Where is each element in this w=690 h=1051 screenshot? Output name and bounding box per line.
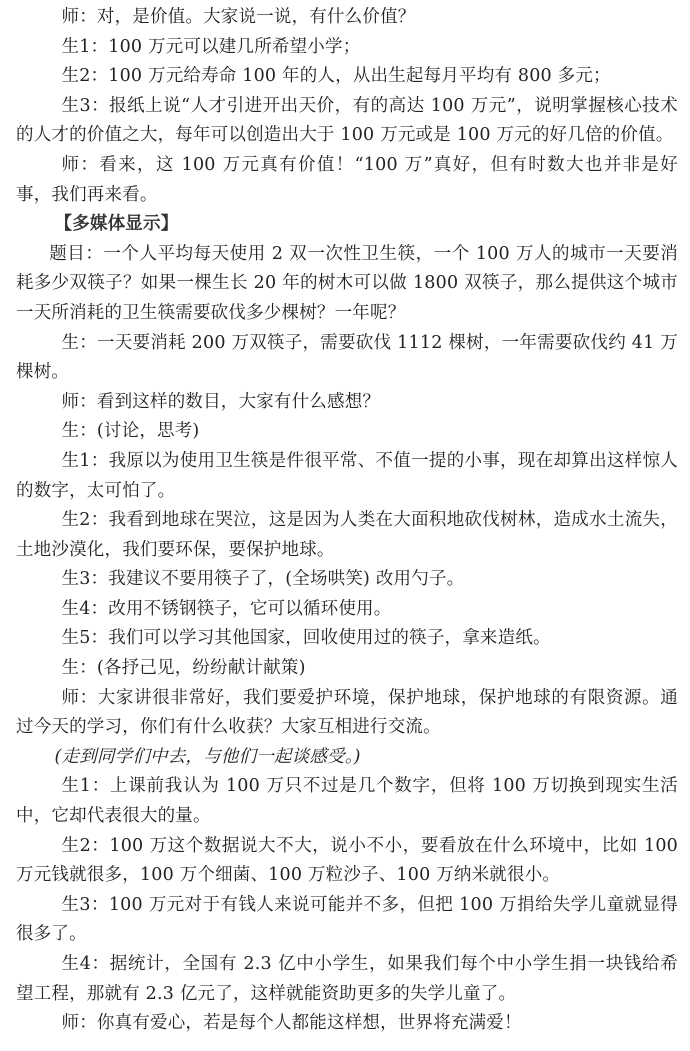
paragraph-teacher-big-numbers: 师：看来，这 100 万元真有价值！“100 万”真好，但有时数大也并非是好事，…	[16, 151, 678, 210]
paragraph-student-answer: 生：一天要消耗 200 万双筷子，需要砍伐 1112 棵树，一年需要砍伐约 41…	[16, 329, 678, 388]
paragraph-student3-reflection: 生3：100 万元对于有钱人来说可能并不多，但把 100 万捐给失学儿童就显得很…	[16, 891, 678, 950]
paragraph-teacher-feelings: 师：看到这样的数目，大家有什么感想？	[16, 388, 678, 418]
paragraph-student3-spoon: 生3：我建议不要用筷子了，(全场哄笑) 改用勺子。	[16, 565, 678, 595]
multimedia-display-heading: 【多媒体显示】	[16, 210, 678, 240]
document-page: 师：对，是价值。大家说一说，有什么价值？ 生1：100 万元可以建几所希望小学；…	[0, 0, 690, 1039]
paragraph-problem-statement: 题目：一个人平均每天使用 2 双一次性卫生筷，一个 100 万人的城市一天要消耗…	[16, 240, 678, 329]
paragraph-student1-schools: 生1：100 万元可以建几所希望小学；	[16, 33, 678, 63]
paragraph-student5-recycle: 生5：我们可以学习其他国家，回收使用过的筷子，拿来造纸。	[16, 624, 678, 654]
paragraph-student1-scary: 生1：我原以为使用卫生筷是件很平常、不值一提的小事，现在却算出这样惊人的数字，太…	[16, 447, 678, 506]
paragraph-student3-talent: 生3：报纸上说“人才引进开出天价，有的高达 100 万元”，说明掌握核心技术的人…	[16, 92, 678, 151]
paragraph-student2-lifespan: 生2：100 万元给寿命 100 年的人，从出生起每月平均有 800 多元；	[16, 62, 678, 92]
paragraph-student2-reflection: 生2：100 万这个数据说大不大，说小不小，要看放在什么环境中，比如 100 万…	[16, 832, 678, 891]
paragraph-teacher-protect: 师：大家讲很非常好，我们要爱护环境，保护地球，保护地球的有限资源。通过今天的学习…	[16, 684, 678, 743]
stage-direction: (走到同学们中去，与他们一起谈感受。)	[16, 743, 678, 773]
paragraph-student-discuss: 生：(讨论，思考)	[16, 417, 678, 447]
paragraph-student1-reflection: 生1：上课前我认为 100 万只不过是几个数字，但将 100 万切换到现实生活中…	[16, 772, 678, 831]
paragraph-students-ideas: 生：(各抒己见，纷纷献计献策)	[16, 654, 678, 684]
paragraph-student4-reflection: 生4：据统计，全国有 2.3 亿中小学生，如果我们每个中小学生捐一块钱给希望工程…	[16, 950, 678, 1009]
paragraph-student2-earth: 生2：我看到地球在哭泣，这是因为人类在大面积地砍伐树林，造成水土流失，土地沙漠化…	[16, 506, 678, 565]
paragraph-teacher-closing: 师：你真有爱心，若是每个人都能这样想，世界将充满爱！	[16, 1009, 678, 1039]
paragraph-student4-steel: 生4：改用不锈钢筷子，它可以循环使用。	[16, 595, 678, 625]
paragraph-teacher-value-question: 师：对，是价值。大家说一说，有什么价值？	[16, 3, 678, 33]
